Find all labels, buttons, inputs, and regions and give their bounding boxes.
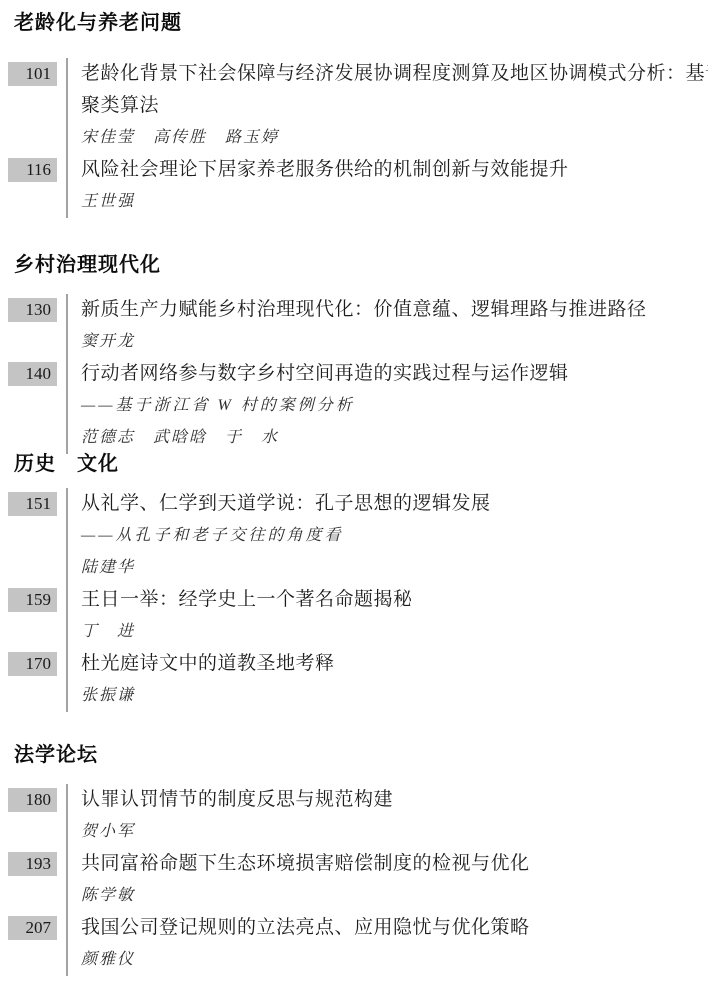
article-title: 杜光庭诗文中的道教圣地考释 <box>81 648 694 680</box>
section-heading-history-culture: 历史 文化 <box>14 454 694 475</box>
toc-entry: 193 共同富裕命题下生态环境损害赔偿制度的检视与优化 陈学敏 <box>8 848 694 912</box>
toc-entry: 180 认罪认罚情节的制度反思与规范构建 贺小军 <box>8 784 694 848</box>
article-authors: 王世强 <box>81 186 694 218</box>
article-title: 王日一举：经学史上一个著名命题揭秘 <box>81 584 694 616</box>
page-number-box: 140 <box>8 358 57 454</box>
article-title: 风险社会理论下居家养老服务供给的机制创新与效能提升 <box>81 154 694 186</box>
article-title: 认罪认罚情节的制度反思与规范构建 <box>81 784 694 816</box>
toc-entry: 207 我国公司登记规则的立法亮点、应用隐忧与优化策略 颜雅仪 <box>8 912 694 976</box>
section-heading-rural-governance: 乡村治理现代化 <box>14 255 694 276</box>
article-authors: 陈学敏 <box>81 880 694 912</box>
page-number: 170 <box>8 652 57 676</box>
page-number-box: 116 <box>8 154 57 218</box>
article-title-line2: 聚类算法 <box>81 90 708 122</box>
page-number-box: 101 <box>8 58 57 154</box>
article-authors: 窦开龙 <box>81 326 694 358</box>
entry-body: 我国公司登记规则的立法亮点、应用隐忧与优化策略 颜雅仪 <box>66 912 694 976</box>
article-authors: 贺小军 <box>81 816 694 848</box>
toc-entry: 159 王日一举：经学史上一个著名命题揭秘 丁 进 <box>8 584 694 648</box>
page-number: 101 <box>8 62 57 86</box>
toc-entry: 140 行动者网络参与数字乡村空间再造的实践过程与运作逻辑 ——基于浙江省 W … <box>8 358 694 454</box>
toc-page: 老龄化与养老问题 101 老龄化背景下社会保障与经济发展协调程度测算及地区协调模… <box>0 0 708 981</box>
entry-body: 共同富裕命题下生态环境损害赔偿制度的检视与优化 陈学敏 <box>66 848 694 912</box>
article-authors: 颜雅仪 <box>81 944 694 976</box>
page-number: 151 <box>8 492 57 516</box>
page-number: 116 <box>8 158 57 182</box>
entry-body: 王日一举：经学史上一个著名命题揭秘 丁 进 <box>66 584 694 648</box>
entry-body: 行动者网络参与数字乡村空间再造的实践过程与运作逻辑 ——基于浙江省 W 村的案例… <box>66 358 694 454</box>
page-number-box: 151 <box>8 488 57 584</box>
article-subtitle: ——从孔子和老子交往的角度看 <box>81 520 694 552</box>
page-number-box: 170 <box>8 648 57 712</box>
article-authors: 范德志 武晗晗 于 水 <box>81 422 694 454</box>
article-title: 行动者网络参与数字乡村空间再造的实践过程与运作逻辑 <box>81 358 694 390</box>
article-title: 新质生产力赋能乡村治理现代化：价值意蕴、逻辑理路与推进路径 <box>81 294 694 326</box>
entry-body: 风险社会理论下居家养老服务供给的机制创新与效能提升 王世强 <box>66 154 694 218</box>
article-authors: 丁 进 <box>81 616 694 648</box>
page-number-box: 207 <box>8 912 57 976</box>
page-number: 193 <box>8 852 57 876</box>
article-authors: 张振谦 <box>81 680 694 712</box>
article-subtitle: ——基于浙江省 W 村的案例分析 <box>81 390 694 422</box>
page-number: 180 <box>8 788 57 812</box>
section-heading-aging: 老龄化与养老问题 <box>14 13 694 34</box>
article-title: 从礼学、仁学到天道学说：孔子思想的逻辑发展 <box>81 488 694 520</box>
entry-body: 认罪认罚情节的制度反思与规范构建 贺小军 <box>66 784 694 848</box>
page-number: 130 <box>8 298 57 322</box>
entry-body: 杜光庭诗文中的道教圣地考释 张振谦 <box>66 648 694 712</box>
page-number: 140 <box>8 362 57 386</box>
toc-entry: 151 从礼学、仁学到天道学说：孔子思想的逻辑发展 ——从孔子和老子交往的角度看… <box>8 488 694 584</box>
page-number-box: 193 <box>8 848 57 912</box>
toc-entry: 170 杜光庭诗文中的道教圣地考释 张振谦 <box>8 648 694 712</box>
page-number-box: 130 <box>8 294 57 358</box>
toc-entry: 130 新质生产力赋能乡村治理现代化：价值意蕴、逻辑理路与推进路径 窦开龙 <box>8 294 694 358</box>
page-number: 159 <box>8 588 57 612</box>
toc-entry: 116 风险社会理论下居家养老服务供给的机制创新与效能提升 王世强 <box>8 154 694 218</box>
article-title: 共同富裕命题下生态环境损害赔偿制度的检视与优化 <box>81 848 694 880</box>
section-heading-law-forum: 法学论坛 <box>14 745 694 766</box>
entry-body: 老龄化背景下社会保障与经济发展协调程度测算及地区协调模式分析：基于 聚类算法 宋… <box>66 58 708 154</box>
page-number: 207 <box>8 916 57 940</box>
article-title: 老龄化背景下社会保障与经济发展协调程度测算及地区协调模式分析：基于 <box>81 58 708 90</box>
article-title: 我国公司登记规则的立法亮点、应用隐忧与优化策略 <box>81 912 694 944</box>
page-number-box: 159 <box>8 584 57 648</box>
article-authors: 陆建华 <box>81 552 694 584</box>
entry-body: 新质生产力赋能乡村治理现代化：价值意蕴、逻辑理路与推进路径 窦开龙 <box>66 294 694 358</box>
entry-body: 从礼学、仁学到天道学说：孔子思想的逻辑发展 ——从孔子和老子交往的角度看 陆建华 <box>66 488 694 584</box>
article-authors: 宋佳莹 高传胜 路玉婷 <box>81 122 708 154</box>
page-number-box: 180 <box>8 784 57 848</box>
toc-entry: 101 老龄化背景下社会保障与经济发展协调程度测算及地区协调模式分析：基于 聚类… <box>8 58 694 154</box>
